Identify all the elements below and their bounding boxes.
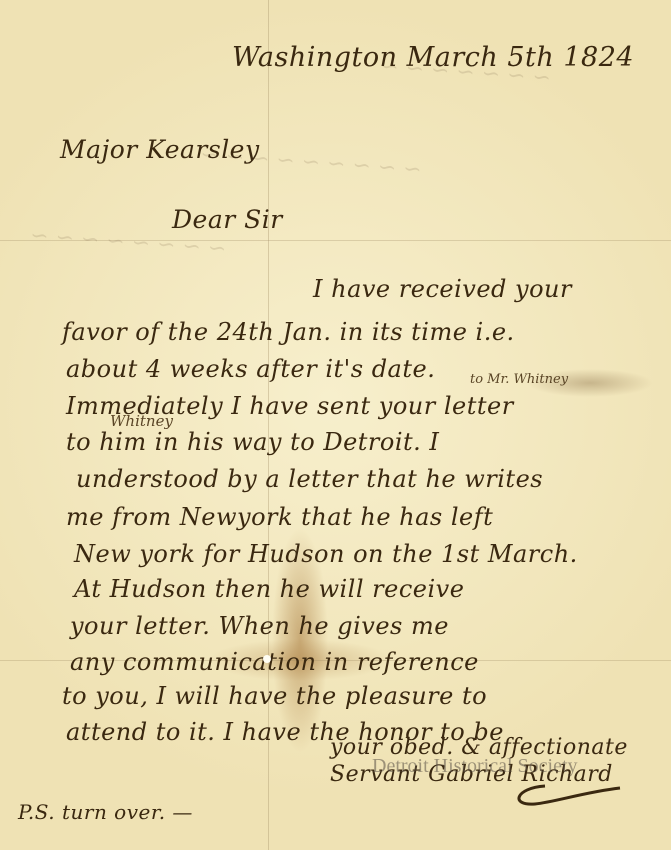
body-line: to him in his way to Detroit. I (66, 428, 439, 456)
body-line: me from Newyork that he has left (66, 503, 493, 531)
paper-hole (263, 655, 271, 663)
body-line: I have received your (313, 275, 572, 303)
salutation: Dear Sir (172, 205, 283, 234)
dateline: Washington March 5th 1824 (232, 42, 634, 73)
body-line: New york for Hudson on the 1st March. (74, 540, 578, 568)
letter-page: ~ ~ ~ ~ ~ ~ ~ ~ ~ ~ ~ ~ ~ ~ ~ ~ ~ ~ ~ ~ … (0, 0, 671, 850)
body-line: your letter. When he gives me (70, 612, 449, 640)
body-line: favor of the 24th Jan. in its time i.e. (62, 318, 515, 346)
postscript: P.S. turn over. — (18, 800, 193, 824)
body-line: At Hudson then he will receive (74, 575, 464, 603)
body-line: to you, I will have the pleasure to (62, 682, 487, 710)
signature-flourish-icon (505, 780, 625, 810)
body-line: any communication in reference (70, 648, 479, 676)
insertion-above-sent: to Mr. Whitney (470, 372, 568, 387)
addressee: Major Kearsley (60, 135, 260, 164)
watermark: Detroit Historical Society (372, 755, 578, 778)
body-line: understood by a letter that he writes (76, 465, 543, 493)
body-line: about 4 weeks after it's date. (66, 355, 435, 383)
